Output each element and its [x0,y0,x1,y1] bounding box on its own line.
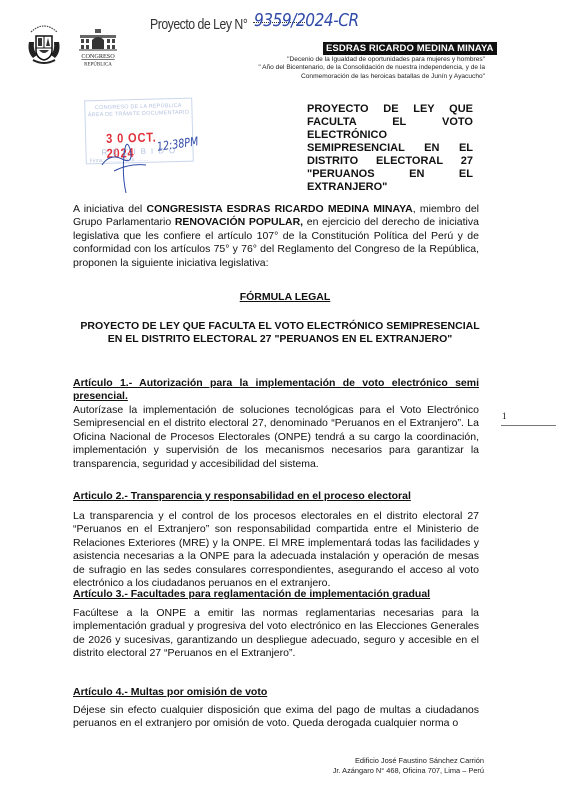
decenio-header-text: "Decenio de la Igualdad de oportunidades… [165,56,485,81]
law-title: PROYECTO DE LEY QUE FACULTA EL VOTO ELEC… [60,320,500,346]
formula-legal-heading: FÓRMULA LEGAL [0,291,570,303]
title-line: SEMIPRESENCIAL EN EL [307,142,473,155]
title-line: ELECTRÓNICO [307,129,473,142]
title-line: FACULTA EL VOTO [307,116,473,129]
title-line: EXTRANJERO" [307,181,473,194]
decenio-line: Conmemoración de las heroicas batallas d… [165,73,485,81]
bill-number-handwritten: 9359/2024-CR [254,10,359,31]
article-1-body: Autorízase la implementación de solucion… [73,404,479,471]
svg-text:CONGRESO: CONGRESO [81,53,115,60]
intro-party: RENOVACIÓN POPULAR, [175,216,303,228]
congressman-name-badge: ESDRAS RICARDO MEDINA MINAYA [323,42,497,55]
article-2-body: La transparencia y el control de los pro… [73,510,479,590]
law-title-line: EN EL DISTRITO ELECTORAL 27 "PERUANOS EN… [60,333,500,346]
article-3-heading: Artículo 3.- Facultades para reglamentac… [73,588,479,601]
intro-text: A iniciativa del [73,203,147,215]
title-line: DISTRITO ELECTORAL 27 [307,155,473,168]
title-line: "PERUANOS EN EL [307,168,473,181]
article-4-body: Déjese sin efecto cualquier disposición … [73,704,479,731]
page-number-rule [501,425,556,426]
intro-congressman: CONGRESISTA ESDRAS RICARDO MEDINA MINAYA [147,203,413,215]
bill-number-label: Proyecto de Ley N° [150,16,247,33]
footer-line: Jr. Azángaro N° 468, Oficina 707, Lima –… [333,766,484,776]
decenio-line: " Año del Bicentenario, de la Consolidac… [165,64,485,72]
decenio-line: "Decenio de la Igualdad de oportunidades… [165,56,485,64]
peru-coat-of-arms-icon [27,22,61,66]
article-4-heading: Artículo 4.- Multas por omisión de voto [73,686,479,699]
law-title-line: PROYECTO DE LEY QUE FACULTA EL VOTO ELEC… [60,320,500,333]
title-line: PROYECTO DE LEY QUE [307,103,473,116]
intro-paragraph: A iniciativa del CONGRESISTA ESDRAS RICA… [73,203,479,270]
congress-building-icon: CONGRESO REPÚBLICA [76,27,120,67]
bill-title-block: PROYECTO DE LEY QUE FACULTA EL VOTO ELEC… [307,103,473,194]
article-3-body: Facúltese a la ONPE a emitir las normas … [73,607,479,661]
footer-line: Edificio José Faustino Sánchez Carrión [333,756,484,766]
svg-text:REPÚBLICA: REPÚBLICA [84,62,112,68]
footer-address: Edificio José Faustino Sánchez Carrión J… [333,756,484,775]
article-2-heading: Articulo 2.- Transparencia y responsabil… [73,490,479,503]
article-1-heading: Artículo 1.- Autorización para la implem… [73,377,479,403]
page-number: 1 [502,411,507,421]
